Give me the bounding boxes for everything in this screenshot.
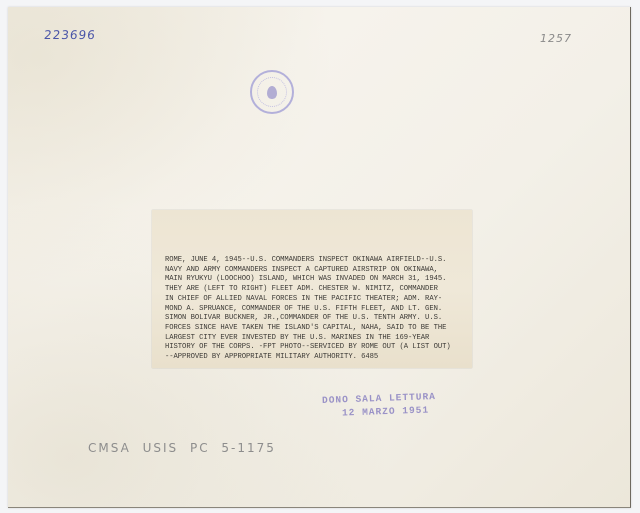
top-right-number: 1257 (540, 32, 572, 45)
seal-ring (257, 77, 287, 107)
caption-line: MOND A. SPRUANCE, COMMANDER OF THE U.S. … (165, 305, 442, 313)
caption-line: HISTORY OF THE CORPS. -FPT PHOTO--SERVIC… (165, 343, 451, 351)
caption-line: FORCES SINCE HAVE TAKEN THE ISLAND'S CAP… (165, 324, 446, 332)
acorn-icon (267, 86, 277, 99)
caption-line: ROME, JUNE 4, 1945--U.S. COMMANDERS INSP… (165, 256, 446, 264)
caption-line: NAVY AND ARMY COMMANDERS INSPECT A CAPTU… (165, 266, 438, 274)
inventory-number: 223696 (43, 28, 96, 42)
caption-slip: ROME, JUNE 4, 1945--U.S. COMMANDERS INSP… (152, 210, 472, 368)
caption-line: SIMON BOLIVAR BUCKNER, JR.,COMMANDER OF … (165, 314, 442, 322)
caption-text: ROME, JUNE 4, 1945--U.S. COMMANDERS INSP… (165, 256, 465, 363)
library-seal (250, 70, 294, 114)
caption-line: THEY ARE (LEFT TO RIGHT) FLEET ADM. CHES… (165, 285, 438, 293)
caption-line: --APPROVED BY APPROPRIATE MILITARY AUTHO… (165, 353, 378, 361)
archive-reference-note: CMSA USIS PC 5-1175 (88, 441, 276, 455)
caption-line: IN CHIEF OF ALLIED NAVAL FORCES IN THE P… (165, 295, 442, 303)
caption-line: MAIN RYUKYU (LOOCHOO) ISLAND, WHICH WAS … (165, 275, 446, 283)
caption-line: LARGEST CITY EVER INVESTED BY THE U.S. M… (165, 334, 429, 342)
